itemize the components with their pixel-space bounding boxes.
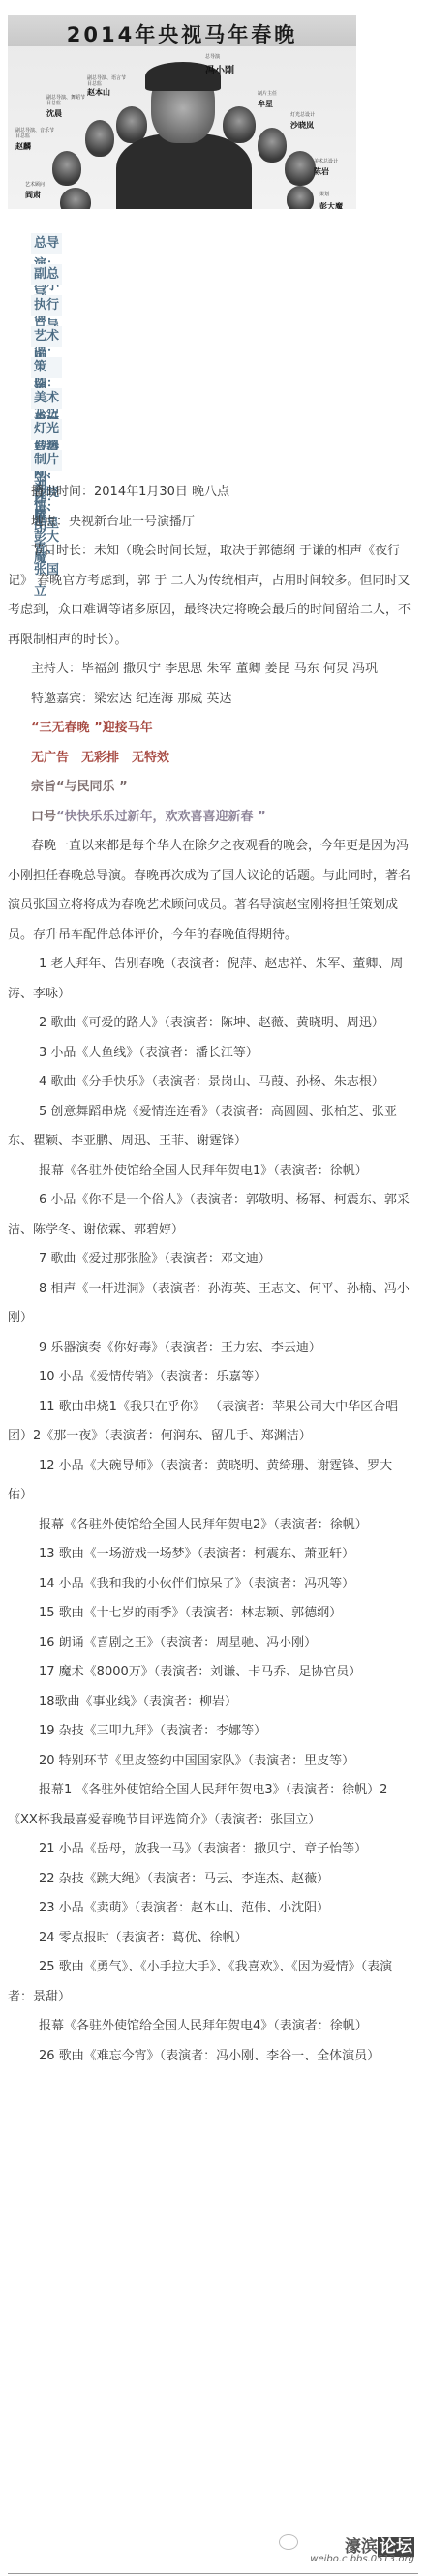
forum-url: weibo.c bbs.0513.org — [310, 2554, 414, 2564]
program-item: 6 小品《你不是一个俗人》（表演者：郭敬明、杨幂、柯震东、郭采洁、陈学冬、谢依霖… — [8, 1186, 411, 1245]
poster-name-label: 赵本山 — [87, 87, 110, 98]
program-item: 23 小品《卖萌》（表演者：赵本山、范伟、小沈阳） — [8, 1894, 411, 1924]
portrait-shenchen — [85, 120, 114, 157]
credit-line: 美术总设计：陈岩 — [31, 388, 62, 409]
credit-line: 副总导演：赵本山、沈晨、赵麟 — [31, 264, 62, 285]
poster-role-label: 灯光总设计 — [290, 112, 315, 118]
portrait-shaxiaolan — [258, 128, 287, 163]
program-item: 14 小品《我和我的小伙伴们惊呆了》（表演者：冯巩等） — [8, 1570, 411, 1600]
program-item: 2 歌曲《可爱的路人》（表演者：陈坤、赵薇、黄晓明、周迅） — [8, 1009, 411, 1039]
duration-text: 节目时长：未知（晚会时间长短，取决于郭德纲 于谦的相声《夜行记》 春晚官方考虑到… — [8, 537, 411, 655]
intro-paragraph: 春晚一直以来都是每个华人在除夕之夜观看的晚会，今年更是因为冯小刚担任春晚总导演。… — [8, 832, 411, 950]
guests-text: 特邀嘉宾：梁宏达 纪连海 那威 英达 — [8, 685, 411, 715]
credit-line: 灯光总设计：沙晓岚 — [31, 419, 62, 440]
hosts-text: 主持人：毕福剑 撒贝宁 李思思 朱军 董卿 姜昆 马东 何炅 冯巩 — [8, 655, 411, 685]
program-item: 16 朗诵《喜剧之王》（表演者：周星驰、冯小刚） — [8, 1629, 411, 1659]
program-item: 11 歌曲串烧1《我只在乎你》 （表演者：苹果公司大中华区合唱团）2《那一夜》（… — [8, 1393, 411, 1452]
program-item: 20 特别环节《里皮签约中国国家队》（表演者：里皮等） — [8, 1747, 411, 1777]
slogan-line: 口号“快快乐乐过新年，欢欢喜喜迎新春 ” — [8, 803, 411, 833]
slogan-prefix: 口号 — [31, 810, 56, 824]
credit-line: 策划：张和平、赵宝刚、沈腾、彭大魔 — [31, 357, 62, 378]
poster-role-label: 制片主任 — [258, 91, 277, 97]
poster-role-label: 副总导演、舞蹈节目总监 — [46, 95, 85, 106]
program-item: 7 歌曲《爱过那张脸》（表演者：邓文迪） — [8, 1245, 411, 1275]
venue-text: 地点：央视新台址一号演播厅 — [8, 508, 411, 538]
no-list-headline: 无广告 无彩排 无特效 — [8, 744, 411, 774]
poster-title: 2014年央视马年春晚 — [8, 19, 356, 48]
three-no-headline: “三无春晚 ”迎接马年 — [8, 714, 411, 744]
program-item: 26 歌曲《难忘今宵》（表演者：冯小刚、李谷一、全体演员） — [8, 2042, 411, 2072]
poster-name-label: 沙晓岚 — [290, 120, 314, 131]
program-item: 报幕《各驻外使馆给全国人民拜年贺电1》（表演者：徐帆） — [8, 1157, 411, 1187]
program-list: 1 老人拜年、告别春晚（表演者：倪萍、赵忠祥、朱军、董卿、周涛、李咏） 2 歌曲… — [8, 950, 411, 2071]
program-item: 报幕《各驻外使馆给全国人民拜年贺电4》（表演者：徐帆） — [8, 2012, 411, 2042]
portrait-pengdamo — [287, 186, 314, 209]
program-item: 22 杂技《跳大绳》（表演者：马云、李连杰、赵薇） — [8, 1865, 411, 1895]
program-item: 17 魔术《8000万》（表演者：刘谦、卡马乔、足协官员） — [8, 1658, 411, 1688]
motto-text: 宗旨“与民同乐 ” — [8, 773, 411, 803]
program-item: 8 相声《一杆进洞》（表演者：孙海英、王志文、何平、孙楠、冯小刚） — [8, 1275, 411, 1334]
poster-name-label: 陈岩 — [314, 166, 329, 177]
program-item: 13 歌曲《一场游戏一场梦》（表演者：柯震东、萧亚轩） — [8, 1540, 411, 1570]
credit-line: 制片主任：牟星 — [31, 450, 62, 471]
poster-role-label: 美术总设计 — [314, 159, 338, 164]
program-item: 9 乐器演奏《你好毒》（表演者：王力宏、李云迪） — [8, 1334, 411, 1364]
poster-role-label: 艺术顾问 — [25, 182, 45, 188]
bottom-divider — [8, 2573, 418, 2574]
program-item: 19 杂技《三叩九拜》（表演者：李娜等） — [8, 1717, 411, 1747]
poster-image: 2014年央视马年春晚 总导演 冯小刚 副总导演、语言节目总监 赵本山 副总导演… — [8, 15, 356, 209]
poster-name-label: 牟星 — [258, 99, 273, 109]
slogan-text: “快快乐乐过新年，欢欢喜喜迎新春 ” — [56, 810, 266, 824]
program-item: 1 老人拜年、告别春晚（表演者：倪萍、赵忠祥、朱军、董卿、周涛、李咏） — [8, 950, 411, 1009]
credit-line: 总导演：冯小刚 — [31, 233, 62, 254]
portrait-mouxing — [223, 106, 256, 143]
portrait-zhaolin — [52, 151, 81, 186]
program-item: 4 歌曲《分手快乐》（表演者：景岗山、马葭、孙杨、朱志根） — [8, 1068, 411, 1098]
program-item: 24 零点报时（表演者：葛优、徐帆） — [8, 1924, 411, 1954]
info-section: 播出时间：2014年1月30日 晚八点 地点：央视新台址一号演播厅 节目时长：未… — [8, 478, 411, 2071]
poster-name-label: 彭大魔 — [319, 201, 343, 209]
program-item: 25 歌曲《勇气》、《小手拉大手》、《我喜欢》、《因为爱情》（表演者：景甜） — [8, 1953, 411, 2012]
poster-name-label: 沈晨 — [46, 108, 62, 119]
poster-role-label: 副总导演、语言节目总监 — [87, 75, 126, 87]
program-item: 12 小品《大碗导师》（表演者：黄晓明、黄绮珊、谢霆锋、罗大佑） — [8, 1452, 411, 1511]
credit-line: 执行总导演：吕逸涛 — [31, 295, 62, 316]
poster-role-label: 副总导演、音乐节目总监 — [15, 128, 54, 139]
portrait-chenyan — [285, 151, 316, 186]
airtime-text: 播出时间：2014年1月30日 晚八点 — [8, 478, 411, 508]
program-item: 报幕《各驻外使馆给全国人民拜年贺电2》（表演者：徐帆） — [8, 1511, 411, 1541]
poster-name-label: 赵麟 — [15, 141, 31, 152]
forum-watermark: 濠滨论坛 weibo.c bbs.0513.org — [269, 2532, 414, 2571]
poster-role-label: 总导演 — [205, 54, 220, 60]
program-item: 15 歌曲《十七岁的雨季》（表演者：林志颖、郭德纲） — [8, 1599, 411, 1629]
program-item: 10 小品《爱情传销》（表演者：乐嘉等） — [8, 1363, 411, 1393]
credit-line: 艺术顾问：阎肃、冯骥才、刘恒、印青、张国立 — [31, 326, 62, 347]
weibo-icon — [279, 2534, 298, 2550]
program-item: 21 小品《岳母，放我一马》（表演者：撒贝宁、章子怡等） — [8, 1835, 411, 1865]
poster-name-label: 冯小刚 — [205, 62, 234, 76]
portrait-yansu — [60, 188, 91, 209]
poster-role-label: 策划 — [319, 192, 329, 197]
program-item: 18歌曲《事业线》（表演者：柳岩） — [8, 1688, 411, 1718]
poster-name-label: 阎肃 — [25, 190, 41, 200]
program-item: 3 小品《人鱼线》（表演者：潘长江等） — [8, 1039, 411, 1069]
program-item: 5 创意舞蹈串烧《爱情连连看》（表演者：高圆圆、张柏芝、张亚东、瞿颖、李亚鹏、周… — [8, 1098, 411, 1157]
program-item: 报幕1 《各驻外使馆给全国人民拜年贺电3》（表演者：徐帆）2《XX杯我最喜爱春晚… — [8, 1776, 411, 1835]
